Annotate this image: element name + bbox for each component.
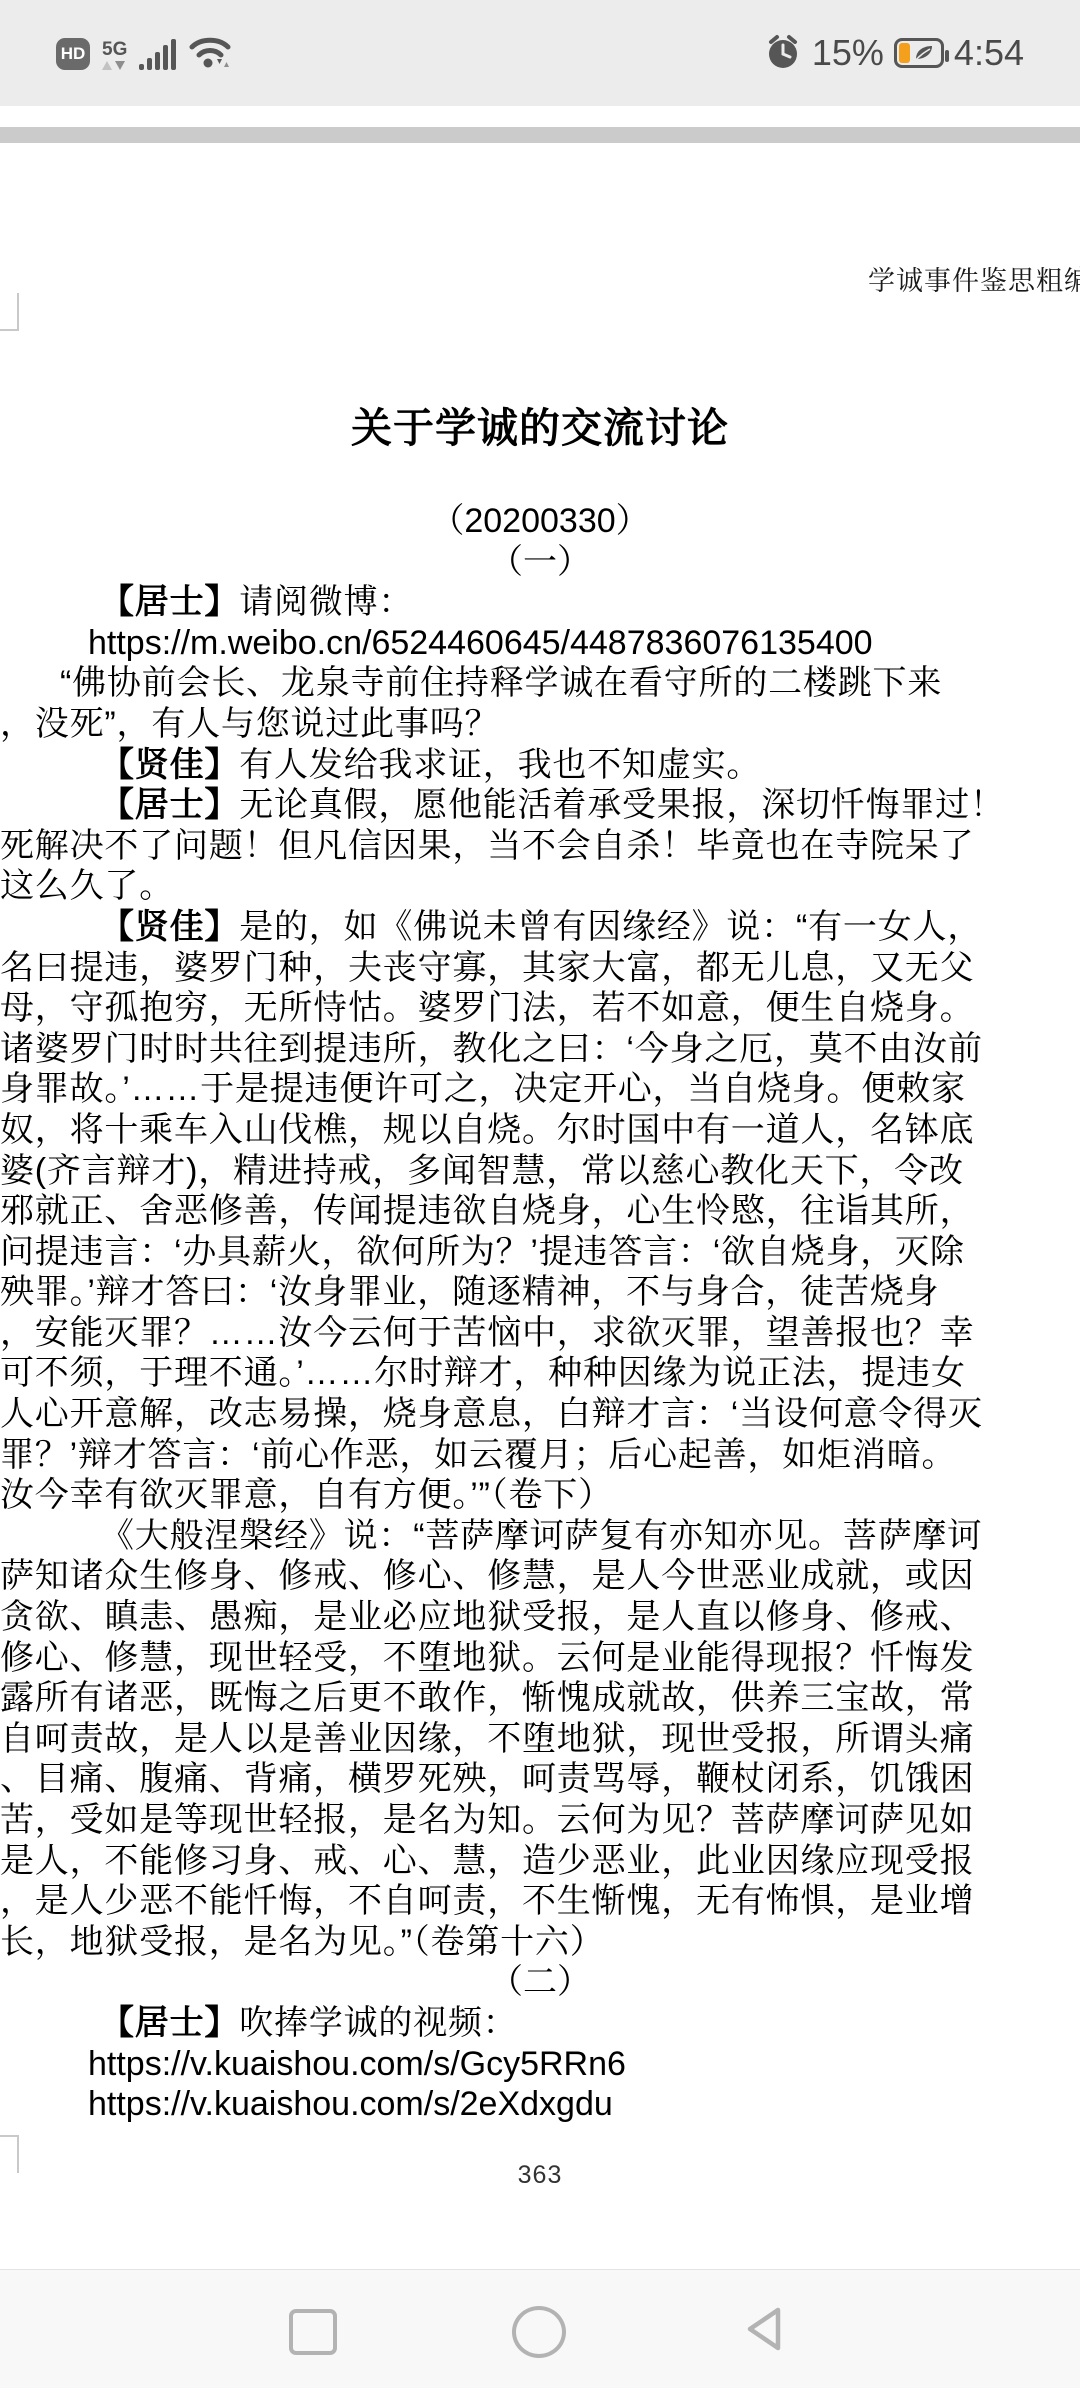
- hd-volte-icon: HD: [56, 38, 90, 70]
- document-text-line: 死解决不了问题！但凡信因果，当不会自杀！毕竟也在寺院呆了: [0, 826, 1080, 867]
- page-number: 363: [0, 2161, 1080, 2190]
- app-top-divider: [0, 127, 1080, 143]
- signal-strength-icon: [139, 38, 176, 70]
- speaker-tag: 【居士】: [100, 2004, 239, 2042]
- document-text-line: 这么久了。: [0, 866, 1080, 907]
- battery-icon: [894, 38, 944, 68]
- back-button[interactable]: [742, 2304, 790, 2359]
- wifi-icon: [188, 34, 234, 70]
- battery-percent-label: 15%: [812, 32, 884, 74]
- document-text-line: “佛协前会长、龙泉寺前住持释学诚在看守所的二楼跳下来: [0, 663, 1080, 704]
- document-lines: （20200330）（一）【居士】请阅微博：https://m.weibo.cn…: [0, 501, 1080, 2125]
- document-text-line: （一）: [0, 542, 1080, 583]
- document-title: 关于学诚的交流讨论: [0, 395, 1080, 454]
- document-link-line[interactable]: https://v.kuaishou.com/s/Gcy5RRn6: [0, 2044, 1080, 2085]
- speaker-tag: 【贤佳】: [100, 746, 239, 784]
- android-nav-bar: [0, 2269, 1080, 2388]
- recents-button[interactable]: [289, 2309, 337, 2355]
- document-text-line: 萨知诸众生修身、修戒、修心、修慧，是人今世恶业成就，或因: [0, 1556, 1080, 1597]
- document-text-line: 母，守孤抱穷，无所恃怙。婆罗门法，若不如意，便生自烧身。: [0, 988, 1080, 1029]
- document-text-line: 邪就正、舍恶修善，传闻提违欲自烧身，心生怜愍，往诣其所，: [0, 1191, 1080, 1232]
- clock-time-label: 4:54: [954, 32, 1024, 74]
- document-text-line: 人心开意解，改志易操，烧身意息，白辩才言：‘当设何意令得灭: [0, 1394, 1080, 1435]
- phone-screen: HD 5G: [0, 0, 1080, 2388]
- home-button[interactable]: [512, 2306, 566, 2358]
- document-text-line: 婆(齐言辩才)，精进持戒，多闻智慧，常以慈心教化天下，令改: [0, 1151, 1080, 1192]
- document-text-line: ，没死”，有人与您说过此事吗？: [0, 704, 1080, 745]
- network-type-label: 5G: [102, 40, 127, 59]
- document-text-line: 名曰提违，婆罗门种，夫丧守寡，其家大富，都无儿息，又无父: [0, 948, 1080, 989]
- speaker-tag: 【贤佳】: [100, 908, 239, 946]
- speaker-tag: 【居士】: [100, 786, 239, 824]
- document-text-line: 修心、修慧，现世轻受，不堕地狱。云何是业能得现报？忏悔发: [0, 1638, 1080, 1679]
- document-text-line: 【居士】吹捧学诚的视频：: [0, 2003, 1080, 2044]
- document-text-line: 诸婆罗门时时共往到提违所，教化之曰：‘今身之厄，莫不由汝前: [0, 1029, 1080, 1070]
- document-text-line: 殃罪。’辩才答曰：‘汝身罪业，随逐精神，不与身合，徒苦烧身: [0, 1272, 1080, 1313]
- document-text-line: 露所有诸恶，既悔之后更不敢作，惭愧成就故，供养三宝故，常: [0, 1678, 1080, 1719]
- document-text-line: 【贤佳】有人发给我求证，我也不知虚实。: [0, 745, 1080, 786]
- document-text-line: ，安能灭罪？……汝今云何于苦恼中，求欲灭罪，望善报也？幸: [0, 1313, 1080, 1354]
- document-text-line: 【居士】无论真假，愿他能活着承受果报，深切忏悔罪过！: [0, 785, 1080, 826]
- document-page[interactable]: 学诚事件鉴思粗编 关于学诚的交流讨论 （20200330）（一）【居士】请阅微博…: [0, 143, 1080, 2269]
- document-text-line: 【贤佳】是的，如《佛说未曾有因缘经》说：“有一女人，: [0, 907, 1080, 948]
- document-running-header: 学诚事件鉴思粗编: [868, 259, 1080, 298]
- alarm-icon: [764, 34, 802, 72]
- document-text-line: 贪欲、瞋恚、愚痴，是业必应地狱受报，是人直以修身、修戒、: [0, 1597, 1080, 1638]
- document-text-line: 奴，将十乘车入山伐樵，规以自烧。尔时国中有一道人，名钵底: [0, 1110, 1080, 1151]
- document-link-line[interactable]: https://v.kuaishou.com/s/2eXdxgdu: [0, 2084, 1080, 2125]
- document-text-line: 苦，受如是等现世轻报，是名为知。云何为见？菩萨摩诃萨见如: [0, 1800, 1080, 1841]
- document-text-line: （20200330）: [0, 501, 1080, 542]
- document-text-line: 《大般涅槃经》说：“菩萨摩诃萨复有亦知亦见。菩萨摩诃: [0, 1516, 1080, 1557]
- document-text-line: （二）: [0, 1962, 1080, 2003]
- speaker-tag: 【居士】: [100, 583, 239, 621]
- document-text-line: 长，地狱受报，是名为见。”（卷第十六）: [0, 1922, 1080, 1963]
- document-text-line: 自呵责故，是人以是善业因缘，不堕地狱，现世受报，所谓头痛: [0, 1719, 1080, 1760]
- document-text-line: ，是人少恶不能忏悔，不自呵责，不生惭愧，无有怖惧，是业增: [0, 1881, 1080, 1922]
- status-right-cluster: 15% 4:54: [764, 32, 1024, 74]
- document-text-line: 罪？’辩才答言：‘前心作恶，如云覆月；后心起善，如炬消暗。: [0, 1435, 1080, 1476]
- status-bar: HD 5G: [0, 0, 1080, 106]
- document-text-line: 身罪故。’……于是提违便许可之，决定开心，当自烧身。便敕家: [0, 1069, 1080, 1110]
- document-text-line: 【居士】请阅微博：: [0, 582, 1080, 623]
- document-text-line: 是人，不能修习身、戒、心、慧，造少恶业，此业因缘应现受报: [0, 1841, 1080, 1882]
- document-link-line[interactable]: https://m.weibo.cn/6524460645/4487836076…: [0, 623, 1080, 664]
- power-save-leaf-icon: [913, 43, 935, 68]
- document-text-line: 可不须，于理不通。’……尔时辩才，种种因缘为说正法，提违女: [0, 1353, 1080, 1394]
- document-text-line: 汝今幸有欲灭罪意，自有方便。’”（卷下）: [0, 1475, 1080, 1516]
- data-arrows-icon: [102, 61, 125, 70]
- document-text-line: 问提违言：‘办具薪火，欲何所为？’提违答言：‘欲自烧身，灭除: [0, 1232, 1080, 1273]
- page-margin-mark-top: [0, 293, 19, 331]
- status-left-cluster: HD 5G: [56, 36, 234, 70]
- document-text-line: 、目痛、腹痛、背痛，横罗死殃，呵责骂辱，鞭杖闭系，饥饿困: [0, 1759, 1080, 1800]
- network-indicator: 5G: [102, 40, 127, 70]
